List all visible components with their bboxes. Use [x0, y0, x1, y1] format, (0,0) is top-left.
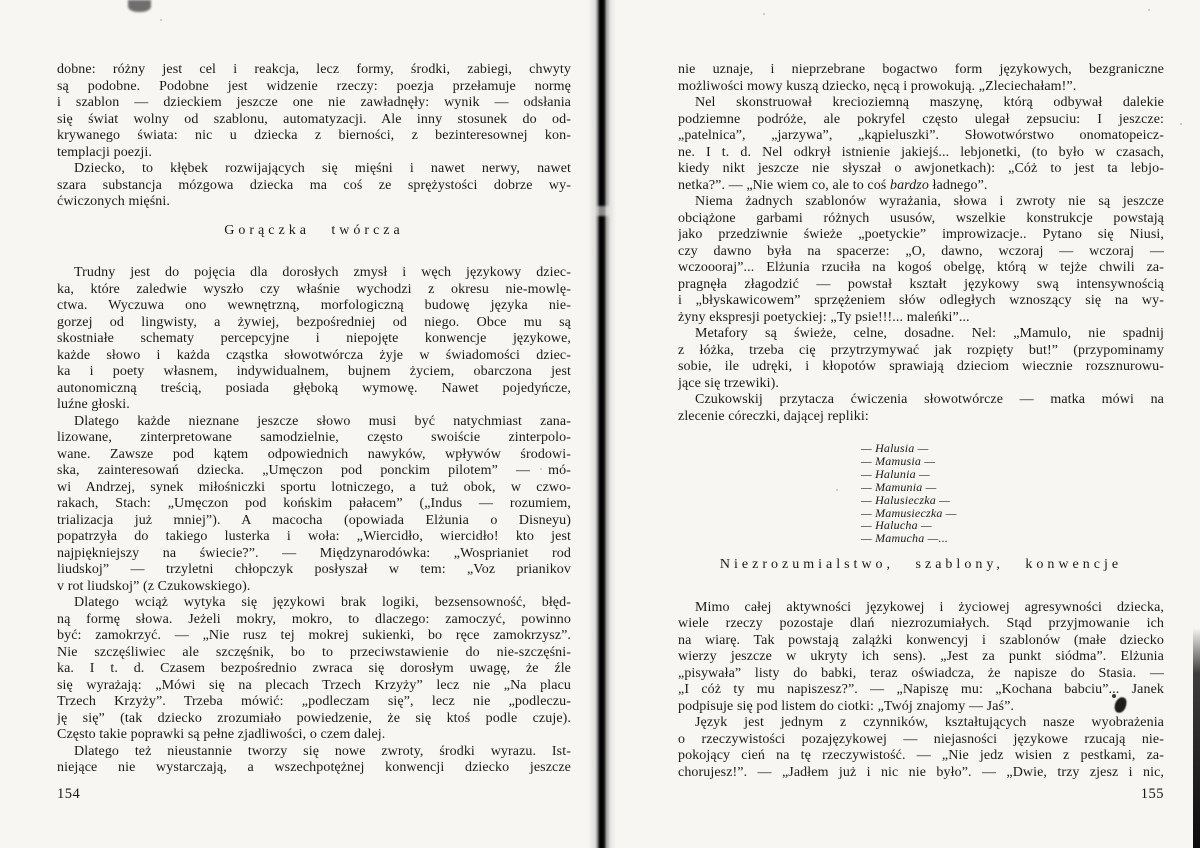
ink-smudge [128, 0, 151, 12]
text-line: „patelnica”, „jarzywa”, „kąpieluszki”. S… [678, 128, 1164, 145]
text-line: się wyrażają: „Mówi się na plecach Trzec… [57, 678, 571, 695]
text-line: być: zamokrzyć. — „Nie rusz tej mokrej s… [57, 628, 571, 645]
text-line: ka i poety własnem, indywidualnem, bujne… [57, 364, 571, 381]
dialog-line: — Mamunia — [861, 481, 1164, 494]
text-line: jące się trzewiki). [678, 376, 1164, 393]
book-spread: dobne: różny jest cel i reakcja, lecz fo… [0, 0, 1200, 848]
dust-speck [1180, 123, 1182, 125]
paragraph: Czukowskij przytacza ćwiczenia słowotwór… [678, 392, 1164, 425]
paragraph: Dziecko, to kłębek rozwijających się mię… [57, 161, 571, 211]
text-line: ne. I t. d. Nel odkrył istnienie jakiejś… [678, 145, 1164, 162]
text-line: skostniałe schematy percepcyjne i niepoj… [57, 331, 571, 348]
text-line: są podobne. Podobne jest widzenie rzeczy… [57, 79, 571, 96]
dialog-line: — Halunia — [861, 468, 1164, 481]
text-line: chorujesz!”. — „Jadłem już i nic nie był… [678, 765, 1164, 782]
text-line: liudskoj” — trzyletni chłopczyk posłysza… [57, 562, 571, 579]
text-line: Niema żadnych szablonów wyrażania, słowa… [678, 194, 1164, 211]
text-line: ka, które zaledwie wyszło czy właśnie wy… [57, 282, 571, 299]
text-line: Mimo całej aktywności językowej i życiow… [678, 600, 1164, 617]
text-line: każde słowo i każda cząstka słowotwórcza… [57, 348, 571, 365]
text-line: ka. I t. d. Czasem bezpośrednio zwraca s… [57, 661, 571, 678]
book-gutter [588, 0, 616, 848]
text-line: trializacja już mniej”). A macocha (opow… [57, 513, 571, 530]
paragraph: Trudny jest do pojęcia dla dorosłych zmy… [57, 265, 571, 414]
text-line: „I cóż ty mu napiszesz?”. — „Napiszę mu:… [678, 682, 1164, 699]
text-line: wierzy jeszcze w ukryty ich sens). „Jest… [678, 649, 1164, 666]
text-line: czy dawno była na spacerze: „O, dawno, w… [678, 244, 1164, 261]
text-line: Dlatego wciąż wytyka się językowi brak l… [57, 595, 571, 612]
paragraph: Niema żadnych szablonów wyrażania, słowa… [678, 194, 1164, 326]
page-154: dobne: różny jest cel i reakcja, lecz fo… [57, 62, 571, 777]
text-line: autonomiczną treścią, posiada głęboką wy… [57, 381, 571, 398]
text-line: gorzej od lingwisty, a żywiej, bezpośred… [57, 315, 571, 332]
dialog-line: — Halusia — [861, 442, 1164, 455]
ink-smudge [1112, 694, 1116, 698]
text-line: kiedy nikt jeszcze nie słyszał o awjonet… [678, 161, 1164, 178]
text-line: popatrzyła do takiego lusterka i woła: „… [57, 529, 571, 546]
text-line: wane. Zawsze pod kątem odpowiednich nawy… [57, 447, 571, 464]
text-line: na wiarę. Tak powstają zalążki konwencyj… [678, 633, 1164, 650]
text-line: ska, zainteresowań dziecka. „Umęczon pod… [57, 463, 571, 480]
text-line: Nie szczęśliwiec ale szczęśnik, bo to pr… [57, 645, 571, 662]
text-line: Metafory są świeże, celne, dosadne. Nel:… [678, 326, 1164, 343]
paragraph: Dlatego wciąż wytyka się językowi brak l… [57, 595, 571, 744]
text-line: nie uznaje, i nieprzebrane bogactwo form… [678, 62, 1164, 79]
dialog-line: — Mamucha —... [861, 532, 1164, 545]
text-line: wczoooraj”... Elżunia rzuciła na kogoś o… [678, 260, 1164, 277]
text-line: Często takie poprawki są pełne zjadliwoś… [57, 727, 571, 744]
text-line: lizowane, zinterpretowane samodzielnie, … [57, 430, 571, 447]
paragraph: Dlatego też nieustannie tworzy się nowe … [57, 744, 571, 777]
text-line: Dlatego każde nieznane jeszcze słowo mus… [57, 414, 571, 431]
text-line: się świat wolny od szablonu, automatyzac… [57, 112, 571, 129]
section-heading: Gorączka twórcza [57, 223, 571, 240]
paragraph: Dlatego każde nieznane jeszcze słowo mus… [57, 414, 571, 596]
text-line: możliwości mowy kuszą dziecko, nęcą i pr… [678, 79, 1164, 96]
text-line: sobie, ile udręki, i kłopotów sprawiają … [678, 359, 1164, 376]
dialog-list: — Halusia —— Mamusia —— Halunia —— Mamun… [861, 442, 1164, 545]
paragraph: Język jest jednym z czynników, kształtuj… [678, 715, 1164, 781]
text-line: żyny ekspresji poetyckiej: „Ty psie!!!..… [678, 310, 1164, 327]
text-line: Trzech Krzyży”. Trzeba mówić: „podleczam… [57, 694, 571, 711]
text-line: Dlatego też nieustannie tworzy się nowe … [57, 744, 571, 761]
paragraph: Nel skonstruował krecioziemną maszynę, k… [678, 95, 1164, 194]
text-line: „pisywała” listy do babki, teraz oświadc… [678, 666, 1164, 683]
text-line: najpiękniejszy na świecie?”. — Międzynar… [57, 546, 571, 563]
text-line: i „błyskawicowem” sprzężeniem słów odleg… [678, 293, 1164, 310]
section-heading: Niezrozumialstwo, szablony, konwencje [678, 557, 1164, 574]
text-line: rakach, Stach: „Umęczon pod końskim pała… [57, 496, 571, 513]
text-line: obciążone garbami różnych ususów, wszelk… [678, 211, 1164, 228]
dust-speck [540, 468, 542, 470]
paragraph: Mimo całej aktywności językowej i życiow… [678, 600, 1164, 716]
dialog-line: — Halusieczka — [861, 494, 1164, 507]
text-line: Język jest jednym z czynników, kształtuj… [678, 715, 1164, 732]
text-line: niejące nie wystarczają, a wszechpotężne… [57, 760, 571, 777]
text-line: pokojący cień na tę rzeczywistość. — „Ni… [678, 748, 1164, 765]
text-line: szara substancja mózgowa dziecka ma coś … [57, 178, 571, 195]
page-155: nie uznaje, i nieprzebrane bogactwo form… [678, 62, 1164, 781]
dust-speck [836, 489, 838, 491]
page-number: 154 [57, 786, 80, 803]
text-line: ćwiczonych mięśni. [57, 194, 571, 211]
text-line: i szablon — dzieckiem jeszcze one nie za… [57, 95, 571, 112]
dust-speck [763, 13, 765, 15]
text-line: o rzeczywistości pozajęzykowej — niejasn… [678, 732, 1164, 749]
text-line: krywanego świata: nic u dziecka z bierno… [57, 128, 571, 145]
text-line: ję się” (tak dziecko zrozumiało powiedze… [57, 711, 571, 728]
dust-speck [1148, 9, 1150, 11]
dialog-line: — Mamusia — [861, 455, 1164, 468]
text-line: templacji poezji. [57, 145, 571, 162]
text-line: luźne głoski. [57, 397, 571, 414]
page-number: 155 [678, 786, 1164, 803]
text-line: Czukowskij przytacza ćwiczenia słowotwór… [678, 392, 1164, 409]
text-line: wi Andrzej, synek miłośniczki sportu lot… [57, 480, 571, 497]
text-line: jako przedziwnie świeże „poetyckie” impr… [678, 227, 1164, 244]
text-line: podziemne podróże, ale pokryfel często u… [678, 112, 1164, 129]
paragraph: nie uznaje, i nieprzebrane bogactwo form… [678, 62, 1164, 95]
text-line: v rot liudskoj” (z Czukowskiego). [57, 579, 571, 596]
text-line: Dziecko, to kłębek rozwijających się mię… [57, 161, 571, 178]
text-line: netka?”. — „Nie wiem co, ale to coś bard… [678, 178, 1164, 195]
text-line: dobne: różny jest cel i reakcja, lecz fo… [57, 62, 571, 79]
text-line: podpisuje się pod listem do ciotki: „Twó… [678, 699, 1164, 716]
text-line: Trudny jest do pojęcia dla dorosłych zmy… [57, 265, 571, 282]
text-line: wiele rzeczy pozostaje dlań niezrozumiał… [678, 616, 1164, 633]
gutter-highlight [596, 206, 610, 216]
text-line: ną formę słowa. Jeżeli mokry, mokro, to … [57, 612, 571, 629]
text-line: ctwa. Wyczuwa ono wewnętrzną, morfologic… [57, 298, 571, 315]
paragraph: Metafory są świeże, celne, dosadne. Nel:… [678, 326, 1164, 392]
text-line: pragnęła złagodzić — powstał kształt jęz… [678, 277, 1164, 294]
dust-speck [160, 19, 162, 21]
paragraph: dobne: różny jest cel i reakcja, lecz fo… [57, 62, 571, 161]
text-line: Nel skonstruował krecioziemną maszynę, k… [678, 95, 1164, 112]
text-line: zlecenie córeczki, dającej repliki: [678, 409, 1164, 426]
text-line: z łóżka, trzeba cię przytrzymywać jak ro… [678, 343, 1164, 360]
scan-edge-shadow [1193, 628, 1200, 848]
